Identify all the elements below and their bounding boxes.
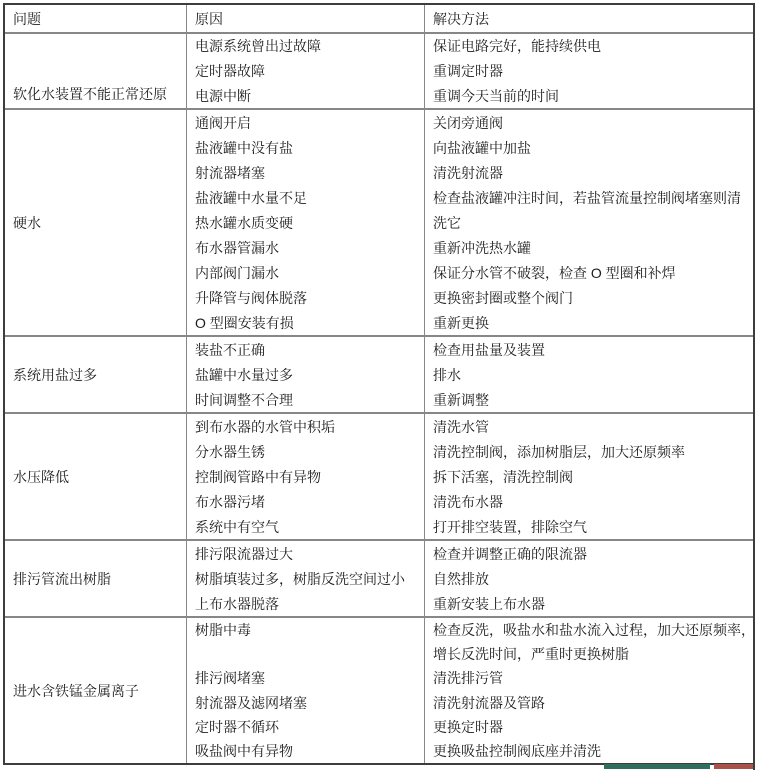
cause-line: 时间调整不合理 <box>187 387 424 412</box>
problem-cell: 水压降低 <box>5 414 186 539</box>
cause-line: 排污限流器过大 <box>187 541 424 566</box>
solution-line: 保证分水管不破裂，检查 O 型圈和补焊 <box>425 260 753 285</box>
cause-line: 控制阀管路中有异物 <box>187 464 424 489</box>
problem-cell: 进水含铁锰金属离子 <box>5 618 186 763</box>
table-border-tail <box>753 763 755 770</box>
cause-line: 吸盐阀中有异物 <box>187 739 424 763</box>
solution-line: 自然排放 <box>425 566 753 591</box>
solution-line: 重新更换 <box>425 310 753 335</box>
problem-label: 系统用盐过多 <box>13 365 97 385</box>
cause-line: 定时器故障 <box>187 59 424 84</box>
problem-label: 软化水装置不能正常还原 <box>13 84 167 104</box>
solution-line: 排水 <box>425 362 753 387</box>
solution-line: 关闭旁通阀 <box>425 110 753 135</box>
table-row: 系统用盐过多装盐不正确盐罐中水量过多时间调整不合理检查用盐量及装置排水重新调整 <box>5 335 753 412</box>
solution-line: 重新安装上布水器 <box>425 591 753 616</box>
solution-line: 清洗排污管 <box>425 666 753 690</box>
solutions-cell: 检查用盐量及装置排水重新调整 <box>424 337 753 412</box>
solution-line: 更换吸盐控制阀底座并清洗 <box>425 739 753 763</box>
cause-line: O 型圈安装有损 <box>187 310 424 335</box>
cause-line: 装盐不正确 <box>187 337 424 362</box>
cause-line: 电源系统曾出过故障 <box>187 34 424 59</box>
cause-line: 射流器堵塞 <box>187 160 424 185</box>
cause-line: 盐罐中水量过多 <box>187 362 424 387</box>
causes-cell: 到布水器的水管中积垢分水器生锈控制阀管路中有异物布水器污堵系统中有空气 <box>186 414 424 539</box>
cause-line: 通阀开启 <box>187 110 424 135</box>
solution-line: 清洗射流器及管路 <box>425 691 753 715</box>
problem-label: 水压降低 <box>13 467 69 487</box>
cause-line: 树脂填装过多，树脂反洗空间过小 <box>187 566 424 591</box>
table-row: 进水含铁锰金属离子树脂中毒排污阀堵塞射流器及滤网堵塞定时器不循环吸盐阀中有异物检… <box>5 616 753 763</box>
solution-line: 增长反洗时间，严重时更换树脂 <box>425 642 753 666</box>
cause-line: 电源中断 <box>187 83 424 108</box>
solution-line: 检查反洗，吸盐水和盐水流入过程，加大还原频率， <box>425 618 753 642</box>
solution-line: 重新冲洗热水罐 <box>425 235 753 260</box>
solution-line: 更换密封圈或整个阀门 <box>425 285 753 310</box>
problem-cell: 软化水装置不能正常还原 <box>5 34 186 108</box>
cause-line: 到布水器的水管中积垢 <box>187 414 424 439</box>
cause-line: 盐液罐中水量不足 <box>187 185 424 210</box>
solutions-cell: 清洗水管清洗控制阀，添加树脂层，加大还原频率拆下活塞，清洗控制阀清洗布水器打开排… <box>424 414 753 539</box>
problem-cell: 系统用盐过多 <box>5 337 186 412</box>
cause-line <box>187 642 424 666</box>
solutions-cell: 关闭旁通阀向盐液罐中加盐清洗射流器检查盐液罐冲注时间，若盐管流量控制阀堵塞则清洗… <box>424 110 753 335</box>
cause-line: 排污阀堵塞 <box>187 666 424 690</box>
solution-line: 清洗射流器 <box>425 160 753 185</box>
solution-line: 更换定时器 <box>425 715 753 739</box>
causes-cell: 通阀开启盐液罐中没有盐射流器堵塞盐液罐中水量不足热水罐水质变硬布水器管漏水内部阀… <box>186 110 424 335</box>
header-row: 问题 原因 解决方法 <box>5 5 753 32</box>
solutions-cell: 保证电路完好，能持续供电重调定时器重调今天当前的时间 <box>424 34 753 108</box>
problem-label: 进水含铁锰金属离子 <box>13 681 139 701</box>
cause-line: 内部阀门漏水 <box>187 260 424 285</box>
solution-line: 清洗控制阀，添加树脂层，加大还原频率 <box>425 439 753 464</box>
cause-line: 上布水器脱落 <box>187 591 424 616</box>
watermark-bar <box>0 763 758 770</box>
solution-line: 洗它 <box>425 210 753 235</box>
solutions-cell: 检查并调整正确的限流器自然排放重新安装上布水器 <box>424 541 753 616</box>
causes-cell: 排污限流器过大树脂填装过多，树脂反洗空间过小上布水器脱落 <box>186 541 424 616</box>
solution-line: 保证电路完好，能持续供电 <box>425 34 753 59</box>
watermark-teal-segment <box>604 764 710 769</box>
solution-line: 向盐液罐中加盐 <box>425 135 753 160</box>
cause-line: 系统中有空气 <box>187 514 424 539</box>
troubleshooting-table: 问题 原因 解决方法 软化水装置不能正常还原电源系统曾出过故障定时器故障电源中断… <box>3 3 755 765</box>
cause-line: 布水器污堵 <box>187 489 424 514</box>
solution-line: 检查盐液罐冲注时间，若盐管流量控制阀堵塞则清 <box>425 185 753 210</box>
table-row: 硬水通阀开启盐液罐中没有盐射流器堵塞盐液罐中水量不足热水罐水质变硬布水器管漏水内… <box>5 108 753 335</box>
page: 问题 原因 解决方法 软化水装置不能正常还原电源系统曾出过故障定时器故障电源中断… <box>0 0 758 770</box>
solution-line: 检查用盐量及装置 <box>425 337 753 362</box>
solution-line: 拆下活塞，清洗控制阀 <box>425 464 753 489</box>
solution-line: 打开排空装置，排除空气 <box>425 514 753 539</box>
solutions-cell: 检查反洗，吸盐水和盐水流入过程，加大还原频率，增长反洗时间，严重时更换树脂清洗排… <box>424 618 753 763</box>
cause-line: 盐液罐中没有盐 <box>187 135 424 160</box>
solution-line: 重调定时器 <box>425 59 753 84</box>
cause-line: 树脂中毒 <box>187 618 424 642</box>
cause-line: 布水器管漏水 <box>187 235 424 260</box>
cause-line: 定时器不循环 <box>187 715 424 739</box>
solution-line: 清洗布水器 <box>425 489 753 514</box>
solution-line: 重调今天当前的时间 <box>425 83 753 108</box>
cause-line: 热水罐水质变硬 <box>187 210 424 235</box>
table-row: 排污管流出树脂排污限流器过大树脂填装过多，树脂反洗空间过小上布水器脱落检查并调整… <box>5 539 753 616</box>
solution-line: 检查并调整正确的限流器 <box>425 541 753 566</box>
problem-cell: 排污管流出树脂 <box>5 541 186 616</box>
header-problem: 问题 <box>5 5 186 32</box>
table-row: 软化水装置不能正常还原电源系统曾出过故障定时器故障电源中断保证电路完好，能持续供… <box>5 32 753 108</box>
cause-line: 射流器及滤网堵塞 <box>187 691 424 715</box>
causes-cell: 装盐不正确盐罐中水量过多时间调整不合理 <box>186 337 424 412</box>
problem-label: 硬水 <box>13 213 41 233</box>
header-solution: 解决方法 <box>424 5 753 32</box>
solution-line: 清洗水管 <box>425 414 753 439</box>
causes-cell: 树脂中毒排污阀堵塞射流器及滤网堵塞定时器不循环吸盐阀中有异物 <box>186 618 424 763</box>
table-body: 软化水装置不能正常还原电源系统曾出过故障定时器故障电源中断保证电路完好，能持续供… <box>5 32 753 763</box>
causes-cell: 电源系统曾出过故障定时器故障电源中断 <box>186 34 424 108</box>
problem-cell: 硬水 <box>5 110 186 335</box>
cause-line: 升降管与阀体脱落 <box>187 285 424 310</box>
table-row: 水压降低到布水器的水管中积垢分水器生锈控制阀管路中有异物布水器污堵系统中有空气清… <box>5 412 753 539</box>
cause-line: 分水器生锈 <box>187 439 424 464</box>
header-cause: 原因 <box>186 5 424 32</box>
problem-label: 排污管流出树脂 <box>13 569 111 589</box>
watermark-red-segment <box>714 764 753 769</box>
solution-line: 重新调整 <box>425 387 753 412</box>
